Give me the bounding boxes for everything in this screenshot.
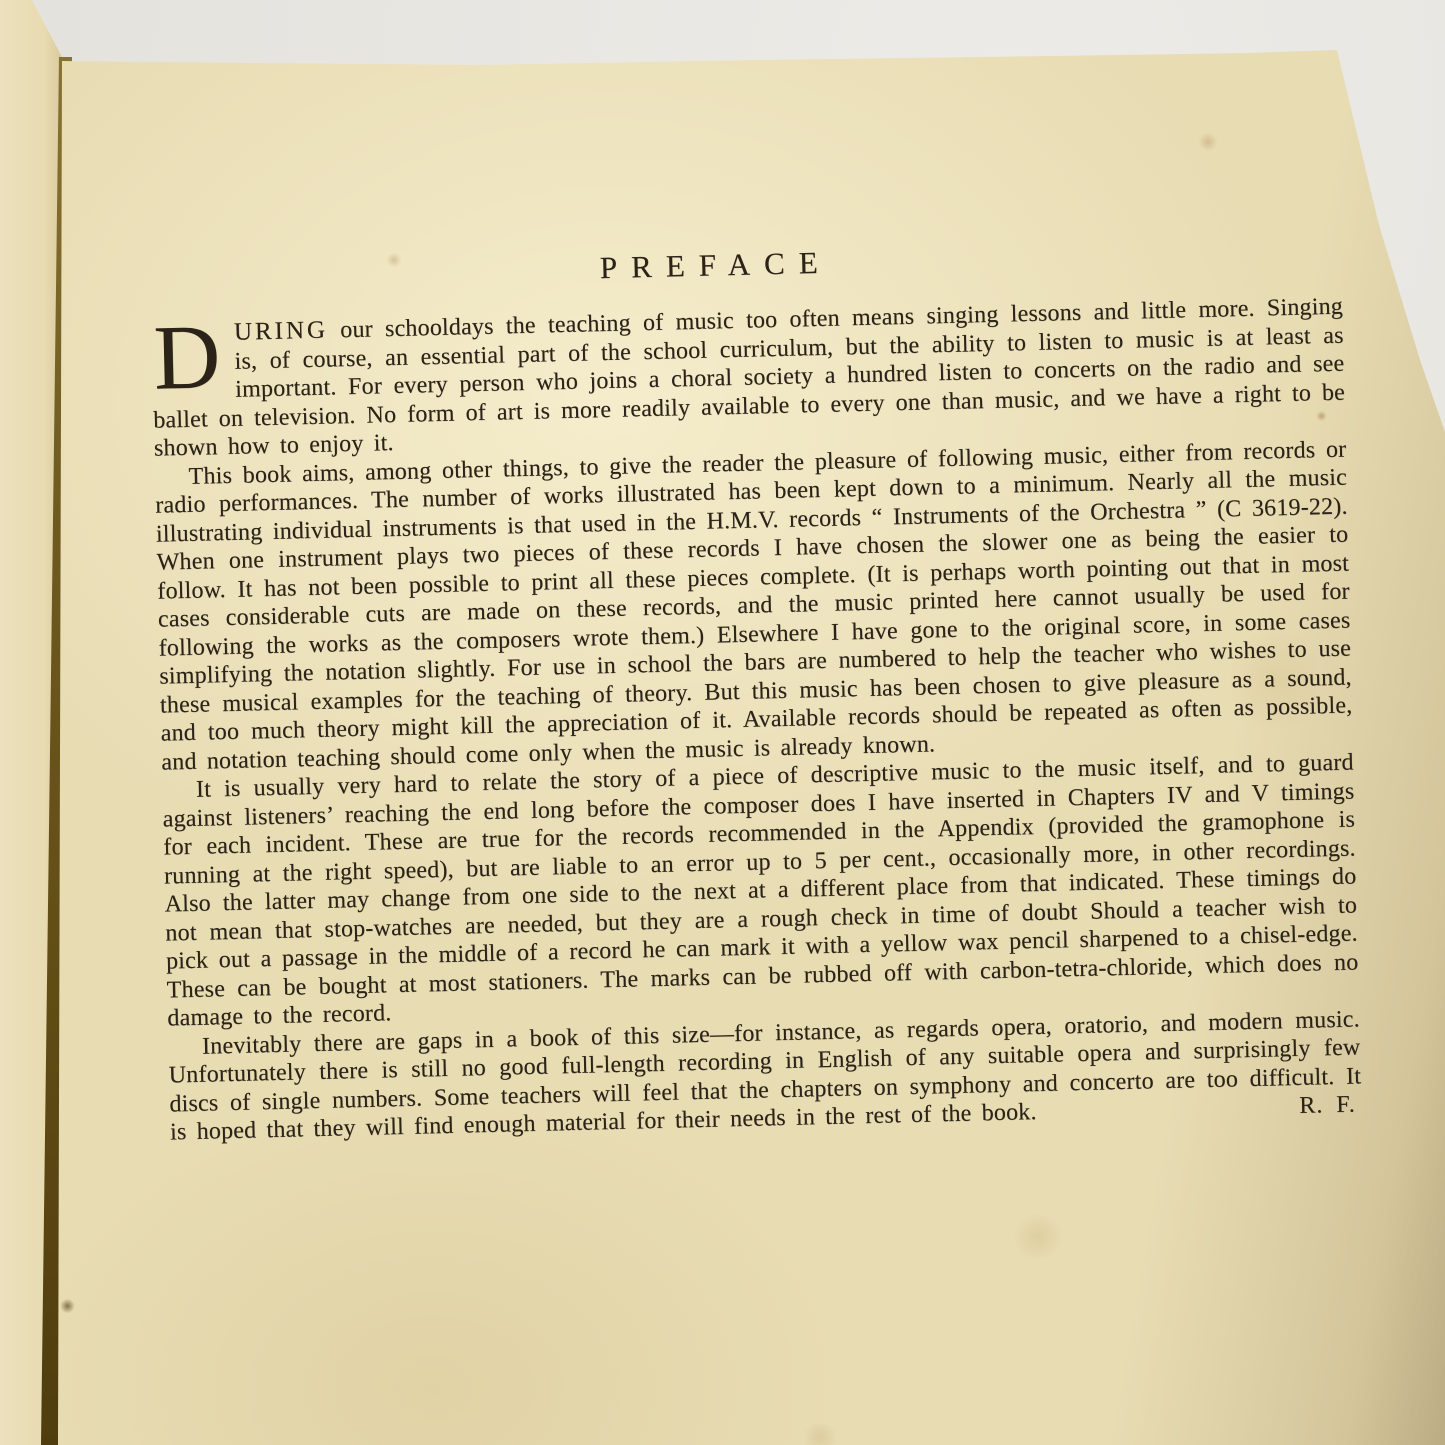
paragraph-3: It is usually very hard to relate the st… [162, 748, 1360, 1033]
paragraph-1: DURING our schooldays the teaching of mu… [151, 293, 1346, 464]
foxing-spot [1198, 133, 1218, 151]
drop-cap-letter: D [151, 319, 235, 391]
preface-text-block: PREFACE DURING our schooldays the teachi… [150, 233, 1363, 1147]
foxing-spot [1010, 1215, 1066, 1259]
page-title: PREFACE [150, 234, 1283, 297]
lead-word-caps: URING [234, 317, 329, 346]
foxing-spot [60, 1299, 75, 1313]
book-page: PREFACE DURING our schooldays the teachi… [0, 0, 1445, 1445]
paragraph-2: This book aims, among other things, to g… [154, 435, 1353, 776]
foxing-spot [250, 40, 265, 53]
book-photo: PREFACE DURING our schooldays the teachi… [0, 0, 1445, 1445]
foxing-spot [800, 1424, 840, 1445]
paragraph-1-text: our schooldays the teaching of music too… [153, 294, 1345, 462]
